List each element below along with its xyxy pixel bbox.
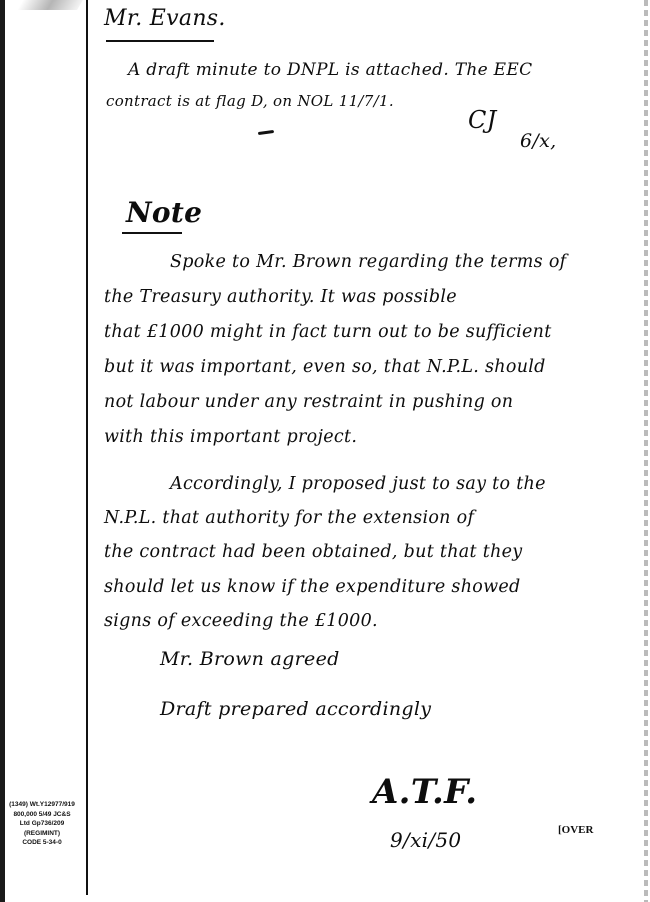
imprint-line: 800,000 5/49 JC&S	[0, 810, 84, 820]
draft-line: Draft prepared accordingly	[160, 698, 431, 720]
note-line: should let us know if the expenditure sh…	[104, 577, 521, 597]
note-line: signs of exceeding the £1000.	[104, 611, 378, 631]
addressee-underline	[106, 40, 214, 42]
cover-note-line: A draft minute to DNPL is attached. The …	[128, 60, 532, 80]
signature-date: 9/xi/50	[390, 828, 461, 852]
note-line: not labour under any restraint in pushin…	[104, 392, 513, 412]
cover-initials: CJ	[468, 106, 497, 134]
cover-date: 6/x,	[520, 130, 556, 152]
note-line: with this important project.	[104, 427, 357, 447]
note-line: that £1000 might in fact turn out to be …	[104, 322, 552, 342]
scan-smudge	[17, 0, 83, 10]
note-heading: Note	[126, 196, 202, 229]
agreed-line: Mr. Brown agreed	[160, 648, 340, 670]
scan-left-edge	[0, 0, 5, 902]
addressee: Mr. Evans.	[104, 6, 226, 31]
note-line: Spoke to Mr. Brown regarding the terms o…	[170, 252, 566, 272]
imprint-line: (REGIMINT)	[0, 829, 84, 839]
over-marker: [OVER	[558, 824, 593, 836]
note-line: the Treasury authority. It was possible	[104, 287, 457, 307]
imprint-line: (1349) Wt.Y12977/919	[0, 800, 84, 810]
note-line: but it was important, even so, that N.P.…	[104, 357, 546, 377]
cover-note-line: contract is at flag D, on NOL 11/7/1.	[106, 92, 394, 110]
note-line: the contract had been obtained, but that…	[104, 542, 522, 562]
margin-rule	[86, 0, 88, 895]
signature: A.T.F.	[372, 772, 477, 812]
note-line: N.P.L. that authority for the extension …	[104, 508, 474, 528]
note-heading-underline	[122, 232, 182, 234]
imprint-line: Ltd Gp736/209	[0, 819, 84, 829]
ink-mark	[258, 130, 274, 135]
printer-imprint: (1349) Wt.Y12977/919 800,000 5/49 JC&S L…	[0, 800, 84, 848]
scan-right-edge	[644, 0, 648, 902]
note-line: Accordingly, I proposed just to say to t…	[170, 474, 546, 494]
imprint-line: CODE 5-34-0	[0, 838, 84, 848]
